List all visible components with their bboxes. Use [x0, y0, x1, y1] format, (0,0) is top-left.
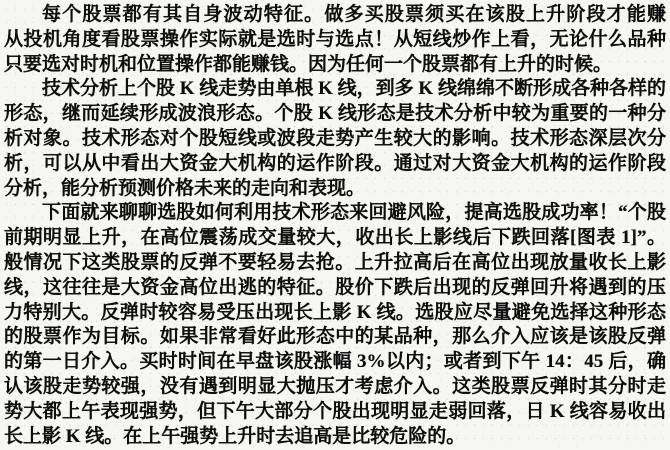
- text-line: 般情况下这类股票的反弹不要轻易去抢。上升拉高后在高位出现放量收长上影: [4, 251, 666, 276]
- text-line: 下面就来聊聊选股如何利用技术形态来回避风险，提高选股成功率！“个股: [4, 201, 666, 226]
- text-line: 认该股走势较强，没有遇到明显大抛压才考虑介入。这类股票反弹时其分时走: [4, 375, 666, 400]
- text-line: 只要选对时机和位置操作都能赚钱。因为任何一个股票都有上升的时候。: [4, 53, 666, 78]
- text-line: 形态，继而延续形成波浪形态。个股 K 线形态是技术分析中较为重要的一种分: [4, 102, 666, 127]
- text-line: 分析，能分析预测价格未来的走向和表现。: [4, 177, 666, 202]
- text-line: 长上影 K 线。在上午强势上升时去追高是比较危险的。: [4, 425, 666, 450]
- text-line: 从投机角度看股票操作实际就是选时与选点！从短线炒作上看，无论什么品种: [4, 28, 666, 53]
- text-line: 力特别大。反弹时较容易受压出现长上影 K 线。选股应尽量避免选择这种形态: [4, 301, 666, 326]
- scanned-document-page: 每个股票都有其自身波动特征。做多买股票须买在该股上升阶段才能赚钱。 从投机角度看…: [0, 0, 670, 450]
- text-line: 析，可以从中看出大资金大机构的运作阶段。通过对大资金大机构的运作阶段: [4, 152, 666, 177]
- text-line: 势大都上午表现强势，但下午大部分个股出现明显走弱回落，日 K 线容易收出: [4, 400, 666, 425]
- text-line: 技术分析上个股 K 线走势由单根 K 线，到多 K 线绵绵不断形成各种各样的: [4, 77, 666, 102]
- text-line: 每个股票都有其自身波动特征。做多买股票须买在该股上升阶段才能赚钱。: [4, 3, 666, 28]
- text-line: 的第一日介入。买时时间在早盘该股涨幅 3%以内；或者到下午 14：45 后，确: [4, 350, 666, 375]
- text-line: 析对象。技术形态对个股短线或波段走势产生较大的影响。技术形态深层次分: [4, 127, 666, 152]
- text-line: 前期明显上升，在高位震荡成交量较大，收出长上影线后下跌回落[图表 1]”。一: [4, 226, 666, 251]
- text-line: 线，这往往是大资金高位出逃的特征。股价下跌后出现的反弹回升将遇到的压: [4, 276, 666, 301]
- text-line: 的股票作为目标。如果非常看好此形态中的某品种，那么介入应该是该股反弹: [4, 325, 666, 350]
